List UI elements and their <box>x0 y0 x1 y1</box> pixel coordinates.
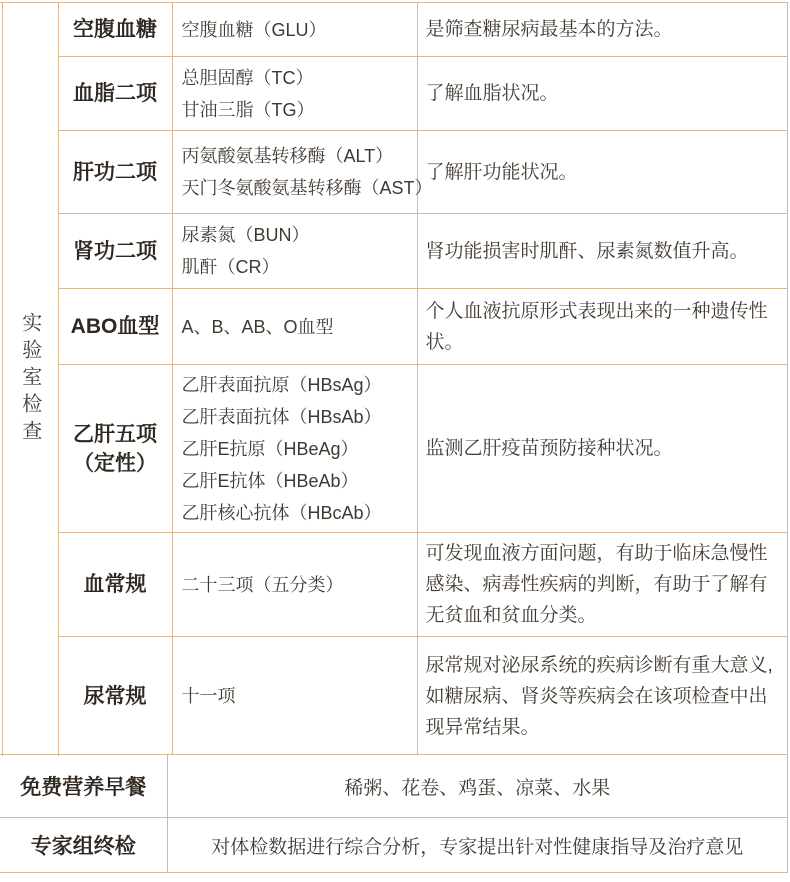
footer-section: 免费营养早餐稀粥、花卷、鸡蛋、凉菜、水果专家组终检对体检数据进行综合分析，专家提… <box>0 754 788 873</box>
test-name-cell: 血脂二项 <box>59 57 173 130</box>
test-desc-text: 是筛查糖尿病最基本的方法。 <box>426 14 774 45</box>
test-desc-text: 了解血脂状况。 <box>426 78 774 109</box>
test-name-line: 乙肝五项 <box>73 420 157 449</box>
test-items-cell: 乙肝表面抗原（HBsAg）乙肝表面抗体（HBsAb）乙肝E抗原（HBeAg）乙肝… <box>173 365 418 532</box>
test-desc-cell: 个人血液抗原形式表现出来的一种遗传性状。 <box>418 289 788 364</box>
test-item: 尿素氮（BUN） <box>182 219 413 251</box>
test-desc-text: 了解肝功能状况。 <box>426 157 774 188</box>
test-desc-text: 监测乙肝疫苗预防接种状况。 <box>426 433 774 464</box>
exam-package-table: 实验室检查 空腹血糖空腹血糖（GLU）是筛查糖尿病最基本的方法。血脂二项总胆固醇… <box>0 0 790 882</box>
lab-row: 尿常规十一项尿常规对泌尿系统的疾病诊断有重大意义,如糖尿病、肾炎等疾病会在该项检… <box>59 637 788 755</box>
lab-row: 乙肝五项（定性）乙肝表面抗原（HBsAg）乙肝表面抗体（HBsAb）乙肝E抗原（… <box>59 365 788 533</box>
test-name-cell: 肾功二项 <box>59 214 173 288</box>
test-name-cell: 肝功二项 <box>59 131 173 213</box>
test-item: 肌酐（CR） <box>182 251 413 283</box>
footer-label-cell: 专家组终检 <box>0 818 168 872</box>
test-name-cell: 血常规 <box>59 533 173 636</box>
test-name-line: 肾功二项 <box>73 237 157 266</box>
test-desc-text: 个人血液抗原形式表现出来的一种遗传性状。 <box>426 296 774 358</box>
test-item: 甘油三脂（TG） <box>182 94 413 126</box>
test-item: 天门冬氨酸氨基转移酶（AST） <box>182 172 413 204</box>
test-name-line: 血常规 <box>84 570 147 599</box>
test-name-cell: 尿常规 <box>59 637 173 755</box>
lab-row: 血常规二十三项（五分类）可发现血液方面问题，有助于临床急慢性感染、病毒性疾病的判… <box>59 533 788 637</box>
test-name-cell: ABO血型 <box>59 289 173 364</box>
test-item: 二十三项（五分类） <box>182 569 413 601</box>
test-item: 丙氨酸氨基转移酶（ALT） <box>182 140 413 172</box>
test-name-cell: 乙肝五项（定性） <box>59 365 173 532</box>
test-item: 乙肝E抗体（HBeAb） <box>182 465 413 497</box>
test-desc-cell: 尿常规对泌尿系统的疾病诊断有重大意义,如糖尿病、肾炎等疾病会在该项检查中出现异常… <box>418 637 788 755</box>
lab-row: ABO血型A、B、AB、O血型个人血液抗原形式表现出来的一种遗传性状。 <box>59 289 788 365</box>
test-name-line: 尿常规 <box>84 682 147 711</box>
test-name-line: 血脂二项 <box>73 79 157 108</box>
test-desc-text: 肾功能损害时肌酐、尿素氮数值升高。 <box>426 236 774 267</box>
test-desc-cell: 可发现血液方面问题，有助于临床急慢性感染、病毒性疾病的判断，有助于了解有无贫血和… <box>418 533 788 636</box>
lab-row: 空腹血糖空腹血糖（GLU）是筛查糖尿病最基本的方法。 <box>59 3 788 57</box>
test-desc-cell: 是筛查糖尿病最基本的方法。 <box>418 3 788 56</box>
footer-row: 专家组终检对体检数据进行综合分析，专家提出针对性健康指导及治疗意见 <box>0 818 787 873</box>
test-items-cell: 总胆固醇（TC）甘油三脂（TG） <box>173 57 418 130</box>
test-items-cell: A、B、AB、O血型 <box>173 289 418 364</box>
test-desc-text: 尿常规对泌尿系统的疾病诊断有重大意义,如糖尿病、肾炎等疾病会在该项检查中出现异常… <box>426 650 774 743</box>
test-item: 十一项 <box>182 680 413 712</box>
test-name-line: 空腹血糖 <box>73 15 157 44</box>
test-item: 乙肝表面抗原（HBsAg） <box>182 369 413 401</box>
test-items-cell: 十一项 <box>173 637 418 755</box>
test-item: 总胆固醇（TC） <box>182 62 413 94</box>
test-items-cell: 二十三项（五分类） <box>173 533 418 636</box>
test-desc-text: 可发现血液方面问题，有助于临床急慢性感染、病毒性疾病的判断，有助于了解有无贫血和… <box>426 538 774 631</box>
lab-sidebar-label: 实验室检查 <box>16 312 45 447</box>
test-items-cell: 空腹血糖（GLU） <box>173 3 418 56</box>
lab-row: 血脂二项总胆固醇（TC）甘油三脂（TG）了解血脂状况。 <box>59 57 788 131</box>
test-name-line: ABO血型 <box>71 312 160 341</box>
footer-row: 免费营养早餐稀粥、花卷、鸡蛋、凉菜、水果 <box>0 755 787 818</box>
lab-row: 肝功二项丙氨酸氨基转移酶（ALT）天门冬氨酸氨基转移酶（AST）了解肝功能状况。 <box>59 131 788 214</box>
test-desc-cell: 监测乙肝疫苗预防接种状况。 <box>418 365 788 532</box>
test-desc-cell: 了解血脂状况。 <box>418 57 788 130</box>
test-desc-cell: 肾功能损害时肌酐、尿素氮数值升高。 <box>418 214 788 288</box>
lab-sidebar-cell: 实验室检查 <box>3 3 59 756</box>
test-item: 乙肝E抗原（HBeAg） <box>182 433 413 465</box>
test-desc-cell: 了解肝功能状况。 <box>418 131 788 213</box>
test-items-cell: 尿素氮（BUN）肌酐（CR） <box>173 214 418 288</box>
test-name-line: （定性） <box>73 449 157 478</box>
lab-rows: 空腹血糖空腹血糖（GLU）是筛查糖尿病最基本的方法。血脂二项总胆固醇（TC）甘油… <box>59 3 788 756</box>
lab-row: 肾功二项尿素氮（BUN）肌酐（CR）肾功能损害时肌酐、尿素氮数值升高。 <box>59 214 788 289</box>
test-item: 乙肝表面抗体（HBsAb） <box>182 401 413 433</box>
test-name-cell: 空腹血糖 <box>59 3 173 56</box>
footer-label-cell: 免费营养早餐 <box>0 755 168 817</box>
test-item: A、B、AB、O血型 <box>182 311 413 343</box>
footer-content-cell: 稀粥、花卷、鸡蛋、凉菜、水果 <box>168 755 788 817</box>
lab-section: 实验室检查 空腹血糖空腹血糖（GLU）是筛查糖尿病最基本的方法。血脂二项总胆固醇… <box>2 2 788 756</box>
test-name-line: 肝功二项 <box>73 158 157 187</box>
test-item: 空腹血糖（GLU） <box>182 14 413 46</box>
test-items-cell: 丙氨酸氨基转移酶（ALT）天门冬氨酸氨基转移酶（AST） <box>173 131 418 213</box>
test-item: 乙肝核心抗体（HBcAb） <box>182 497 413 529</box>
footer-content-cell: 对体检数据进行综合分析，专家提出针对性健康指导及治疗意见 <box>168 818 788 872</box>
